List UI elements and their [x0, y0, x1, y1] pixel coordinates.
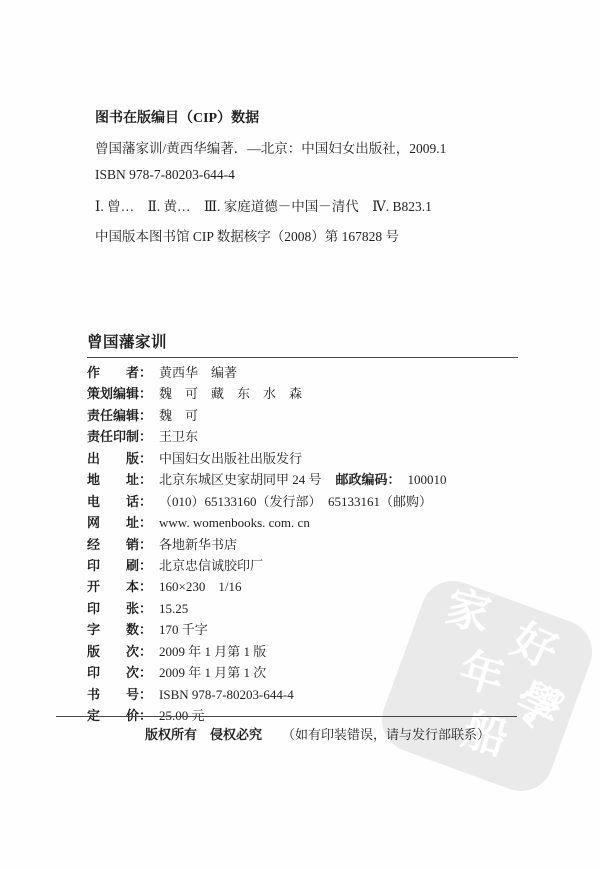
row-value: 王卫东 — [159, 426, 198, 447]
row-value: ISBN 978-7-80203-644-4 — [159, 684, 294, 705]
row-value: 170 千字 — [159, 619, 208, 640]
row-value: （010）65133160（发行部） 65133161（邮购） — [159, 491, 432, 512]
colophon-row: 责任编辑：魏 可 — [87, 405, 518, 426]
row-value: 2009 年 1 月第 1 次 — [159, 662, 266, 683]
row-value: 15.25 — [159, 598, 188, 619]
row-value: 160×230 1/16 — [159, 576, 241, 597]
cip-data-block: 图书在版编目（CIP）数据 曾国藩家训/黄西华编著．—北京：中国妇女出版社，20… — [95, 110, 535, 245]
colophon-row: 书 号：ISBN 978-7-80203-644-4 — [87, 684, 518, 705]
row-value: 魏 可 藏 东 水 森 — [159, 383, 302, 404]
cip-line: Ⅰ. 曾… Ⅱ. 黄… Ⅲ. 家庭道德－中国－清代 Ⅳ. B823.1 — [95, 198, 535, 215]
row-label: 电 话： — [87, 491, 152, 512]
row-label: 策划编辑： — [87, 383, 152, 404]
row-value: 2009 年 1 月第 1 版 — [159, 641, 266, 662]
colophon-row: 作 者：黄西华 编著 — [87, 362, 518, 383]
row-label: 开 本： — [87, 576, 152, 597]
colophon-row: 电 话：（010）65133160（发行部） 65133161（邮购） — [87, 491, 518, 512]
cip-heading: 图书在版编目（CIP）数据 — [95, 110, 535, 127]
row-label: 字 数： — [87, 619, 152, 640]
copyright-notice: 版权所有 侵权必究 （如有印装错误，请与发行部联系） — [145, 726, 490, 744]
copyright-bold-text: 版权所有 侵权必究 — [145, 726, 262, 744]
row-label: 作 者： — [87, 362, 152, 383]
book-title: 曾国藩家训 — [87, 334, 518, 352]
row-value: www. womenbooks. com. cn — [159, 512, 310, 533]
row-value: 北京东城区史家胡同甲 24 号 — [159, 469, 322, 490]
title-divider — [87, 357, 518, 358]
row-label: 责任编辑： — [87, 405, 152, 426]
row-label: 书 号： — [87, 684, 152, 705]
row-value: 各地新华书店 — [159, 534, 237, 555]
colophon-row: 印 张：15.25 — [87, 598, 518, 619]
colophon-row: 开 本：160×230 1/16 — [87, 576, 518, 597]
cip-line: ISBN 978-7-80203-644-4 — [95, 166, 535, 183]
colophon-row: 经 销：各地新华书店 — [87, 534, 518, 555]
row-label: 网 址： — [87, 512, 152, 533]
scanned-copyright-page: 家 好 年 學 船 PDG 图书在版编目（CIP）数据 曾国藩家训/黄西华编著．… — [0, 0, 600, 869]
colophon-row: 印 刷：北京忠信诚胶印厂 — [87, 555, 518, 576]
colophon-row: 字 数：170 千字 — [87, 619, 518, 640]
colophon-block: 曾国藩家训 作 者：黄西华 编著 策划编辑：魏 可 藏 东 水 森 责任编辑：魏… — [87, 334, 518, 726]
row-value: 北京忠信诚胶印厂 — [159, 555, 263, 576]
row-label: 地 址： — [87, 469, 152, 490]
colophon-row: 网 址：www. womenbooks. com. cn — [87, 512, 518, 533]
footer-divider — [56, 716, 517, 717]
row-label: 版 次： — [87, 641, 152, 662]
row-label: 印 刷： — [87, 555, 152, 576]
colophon-row: 版 次：2009 年 1 月第 1 版 — [87, 641, 518, 662]
row-value: 中国妇女出版社出版发行 — [159, 448, 302, 469]
colophon-row-address: 地 址：北京东城区史家胡同甲 24 号邮政编码：100010 — [87, 469, 518, 490]
postal-code-value: 100010 — [408, 469, 447, 490]
page-content: 图书在版编目（CIP）数据 曾国藩家训/黄西华编著．—北京：中国妇女出版社，20… — [0, 0, 600, 869]
colophon-row: 责任印制：王卫东 — [87, 426, 518, 447]
row-label: 责任印制： — [87, 426, 152, 447]
row-label: 出 版： — [87, 448, 152, 469]
copyright-note-text: （如有印装错误，请与发行部联系） — [282, 726, 490, 744]
colophon-row: 策划编辑：魏 可 藏 东 水 森 — [87, 383, 518, 404]
row-label: 印 张： — [87, 598, 152, 619]
row-label: 印 次： — [87, 662, 152, 683]
row-label: 经 销： — [87, 534, 152, 555]
row-value: 魏 可 — [159, 405, 198, 426]
postal-code-label: 邮政编码： — [336, 469, 401, 490]
cip-line: 中国版本图书馆 CIP 数据核字（2008）第 167828 号 — [95, 228, 535, 245]
colophon-row: 印 次：2009 年 1 月第 1 次 — [87, 662, 518, 683]
colophon-row: 出 版：中国妇女出版社出版发行 — [87, 448, 518, 469]
colophon-rows: 作 者：黄西华 编著 策划编辑：魏 可 藏 东 水 森 责任编辑：魏 可 责任印… — [87, 362, 518, 726]
row-value: 黄西华 编著 — [159, 362, 237, 383]
cip-line: 曾国藩家训/黄西华编著．—北京：中国妇女出版社，2009.1 — [95, 140, 535, 157]
